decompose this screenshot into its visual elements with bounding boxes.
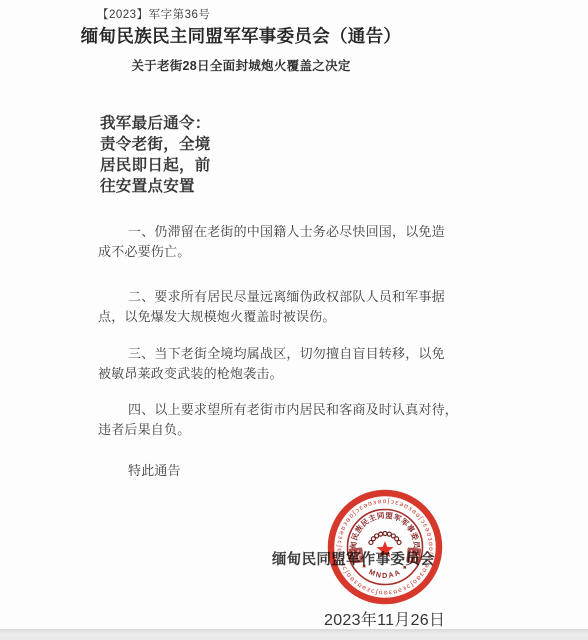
notice-document: 【2023】军字第36号 缅甸民族民主同盟军军事委员会（通告） 关于老街28日全… xyxy=(0,0,588,640)
doc-subtitle: 关于老街28日全面封城炮火覆盖之决定 xyxy=(0,56,482,74)
page-title: 缅甸民族民主同盟军军事委员会（通告） xyxy=(0,23,482,48)
seal-right-emblem xyxy=(406,547,421,563)
seal-left-emblem xyxy=(349,547,364,563)
paragraph-1: 一、仍滞留在老街的中国籍人士务必尽快回国，以免造 成不必要伤亡。 xyxy=(98,222,488,262)
seal-star-icon xyxy=(376,541,393,557)
paragraph-4: 四、以上要求望所有老街市内居民和客商及时认真对待， 违者后果自负。 xyxy=(98,400,488,440)
official-seal: ʃɔɛəʊɜɞoʃɔɛəʊɜɞoʃɔɛəʊɜɞoʃɔɛəʊɜɞoʃɔɛəʊɜɞo… xyxy=(327,489,443,605)
ultimatum-intro: 我军最后通令： 责令老街，全境 居民即日起，前 往安置点安置 xyxy=(100,113,211,197)
closing-note: 特此通告 xyxy=(98,460,181,479)
issue-date: 2023年11月26日 xyxy=(324,607,445,630)
paragraph-3: 三、当下老街全境均属战区，切勿擅自盲目转移，以免 被敏昂莱政变武装的枪炮袭击。 xyxy=(98,344,488,384)
image-bottom-strip xyxy=(0,629,588,640)
seal-mndaa-text: ✦ MNDAA ✦ xyxy=(359,561,412,580)
paragraph-2: 二、要求所有居民尽量远离缅伪政权部队人员和军事据 点，以免爆发大规模炮火覆盖时被… xyxy=(98,287,488,327)
doc-number: 【2023】军字第36号 xyxy=(97,6,210,22)
